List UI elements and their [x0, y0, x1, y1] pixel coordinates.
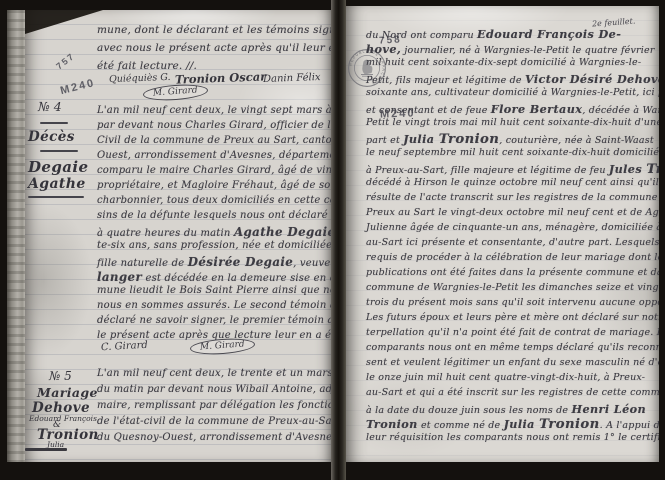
manuscript-line: mune, dont le déclarant et les témoins s…: [97, 24, 331, 36]
manuscript-line: comparu le maire Charles Girard, âgé de …: [97, 165, 331, 176]
act4-number: № 4: [38, 99, 62, 114]
manuscript-line: été fait lecture. //.: [97, 60, 197, 72]
signature-quiequies: Quiéquiès G.: [109, 72, 171, 85]
margin-underline: [25, 448, 67, 451]
manuscript-line: terpellation qu'il n'a point été fait de…: [366, 327, 659, 338]
act5-type-mariage: Mariage: [37, 385, 98, 400]
manuscript-line: langer est décédée en la demeure sise en…: [97, 270, 331, 284]
page-corner-shadow: [25, 10, 103, 34]
manuscript-line: hove, journalier, né à Wargnies-le-Petit…: [366, 42, 655, 56]
manuscript-line: te-six ans, sans profession, née et domi…: [97, 240, 331, 251]
page-stack-edge: [7, 10, 26, 462]
manuscript-line: du Nord ont comparu Edouard François De-: [366, 27, 621, 41]
act4-text: L'an mil neuf cent deux, le vingt sept m…: [97, 105, 330, 347]
officer-oval-signature-prev: M. Girard: [143, 83, 209, 102]
manuscript-line: au-Sart et qui a été inscrit sur les reg…: [366, 387, 659, 398]
manuscript-line: nous en sommes assurés. Le second témoin…: [97, 300, 331, 311]
manuscript-line: déclaré ne savoir signer, le premier tém…: [97, 315, 331, 326]
book-gutter: [331, 0, 346, 480]
manuscript-line: L'an mil neuf cent deux, le vingt sept m…: [97, 105, 331, 116]
act5-number: № 5: [49, 369, 72, 383]
manuscript-line: Petit, fils majeur et légitime de Victor…: [366, 72, 659, 86]
manuscript-line: de l'état-civil de la commune de Preux-a…: [97, 416, 331, 427]
manuscript-line: maire, remplissant par délégation les fo…: [97, 400, 331, 411]
manuscript-line: du matin par devant nous Wibail Antoine,…: [97, 384, 331, 395]
manuscript-line: décédé à Hirson le quinze octobre mil ne…: [366, 177, 659, 188]
registry-stamp-left: M240: [59, 77, 96, 97]
manuscript-line: par devant nous Charles Girard, officier…: [97, 120, 331, 131]
manuscript-line: à quatre heures du matin Agathe Degaie â…: [97, 225, 331, 239]
manuscript-line: publications ont été faites dans la prés…: [366, 267, 659, 278]
manuscript-line: Les futurs époux et leurs père et mère o…: [366, 312, 659, 323]
act5-groom-firstnames: Edouard François: [29, 414, 97, 423]
manuscript-line: mil huit cent soixante-dix-sept domicili…: [366, 57, 641, 68]
act4-name-degaie: Degaie: [28, 158, 88, 176]
manuscript-line: Ouest, arrondissement d'Avesnes, départe…: [97, 150, 331, 161]
left-page: 757 M240 mune, dont le déclarant et les …: [25, 10, 331, 462]
manuscript-line: à la date du douze juin sous les noms de…: [366, 402, 646, 416]
manuscript-line: le onze juin mil huit cent quatre-vingt-…: [366, 372, 645, 383]
right-page: 2e feuillet. 758 RÉPUBLIQUE FRANÇAISE M2…: [346, 6, 659, 462]
manuscript-line: au-Sart ici présente et consentante, d'a…: [366, 237, 659, 248]
margin-underline: [40, 122, 68, 124]
manuscript-line: sent et veulent légitimer un enfant du s…: [366, 357, 659, 368]
manuscript-line: sins de la défunte lesquels nous ont déc…: [97, 210, 331, 221]
act4-signature-girard: C. Girard: [101, 340, 148, 353]
manuscript-line: et consentant et de feue Flore Bertaux, …: [366, 102, 659, 116]
manuscript-line: résulte de l'acte transcrit sur les regi…: [366, 192, 659, 203]
manuscript-line: commune de Wargnies-le-Petit les dimanch…: [366, 282, 659, 293]
margin-underline: [28, 196, 84, 198]
manuscript-line: requis de procéder à la célébration de l…: [366, 252, 659, 263]
manuscript-line: Tronion et comme né de Julia Tronion. A …: [366, 417, 659, 432]
manuscript-line: à Preux-au-Sart, fille majeure et légiti…: [366, 162, 659, 177]
manuscript-line: part et Julia Tronion, couturière, née à…: [366, 132, 654, 147]
act5-text: L'an mil neuf cent deux, le trente et un…: [97, 368, 330, 448]
manuscript-line: du Quesnoy-Ouest, arrondissement d'Avesn…: [97, 432, 331, 443]
manuscript-line: Civil de la commune de Preux au Sart, ca…: [97, 135, 331, 146]
act4-type-deces: Décès: [28, 129, 75, 145]
act4-firstname-agathe: Agathe: [28, 176, 86, 192]
manuscript-line: mune lieudit le Bois Saint Pierre ainsi …: [97, 285, 331, 296]
manuscript-line: propriétaire, et Magloire Fréhaut, âgé d…: [97, 180, 331, 191]
manuscript-line: avec nous le présent acte après qu'il le…: [97, 42, 331, 54]
margin-underline: [40, 150, 78, 152]
manuscript-line: L'an mil neuf cent deux, le trente et un…: [97, 368, 331, 379]
manuscript-line: leur réquisition les comparants nous ont…: [366, 432, 659, 443]
manuscript-line: fille naturelle de Désirée Degaie, veuve…: [97, 255, 331, 269]
manuscript-line: soixante ans, cultivateur domicilié à Wa…: [366, 87, 659, 98]
manuscript-line: Preux au Sart le vingt-deux octobre mil …: [366, 207, 659, 218]
manuscript-line: le neuf septembre mil huit cent soixante…: [366, 147, 659, 158]
folio-number-stamp-left: 757: [54, 51, 77, 72]
manuscript-line: trois du présent mois sans qu'il soit in…: [366, 297, 659, 308]
manuscript-line: comparants nous ont en même temps déclar…: [366, 342, 659, 353]
manuscript-line: Petit le vingt trois mai mil huit cent s…: [366, 117, 659, 128]
marriage-act-text: du Nord ont comparu Edouard François De-…: [366, 27, 654, 449]
manuscript-line: charbonnier, tous deux domiciliés en cet…: [97, 195, 331, 206]
signature-danin: Danin Félix: [263, 72, 321, 85]
manuscript-line: Julienne âgée de cinquante-un ans, ménag…: [366, 222, 659, 233]
scanned-register-spread: 757 M240 mune, dont le déclarant et les …: [0, 0, 665, 480]
